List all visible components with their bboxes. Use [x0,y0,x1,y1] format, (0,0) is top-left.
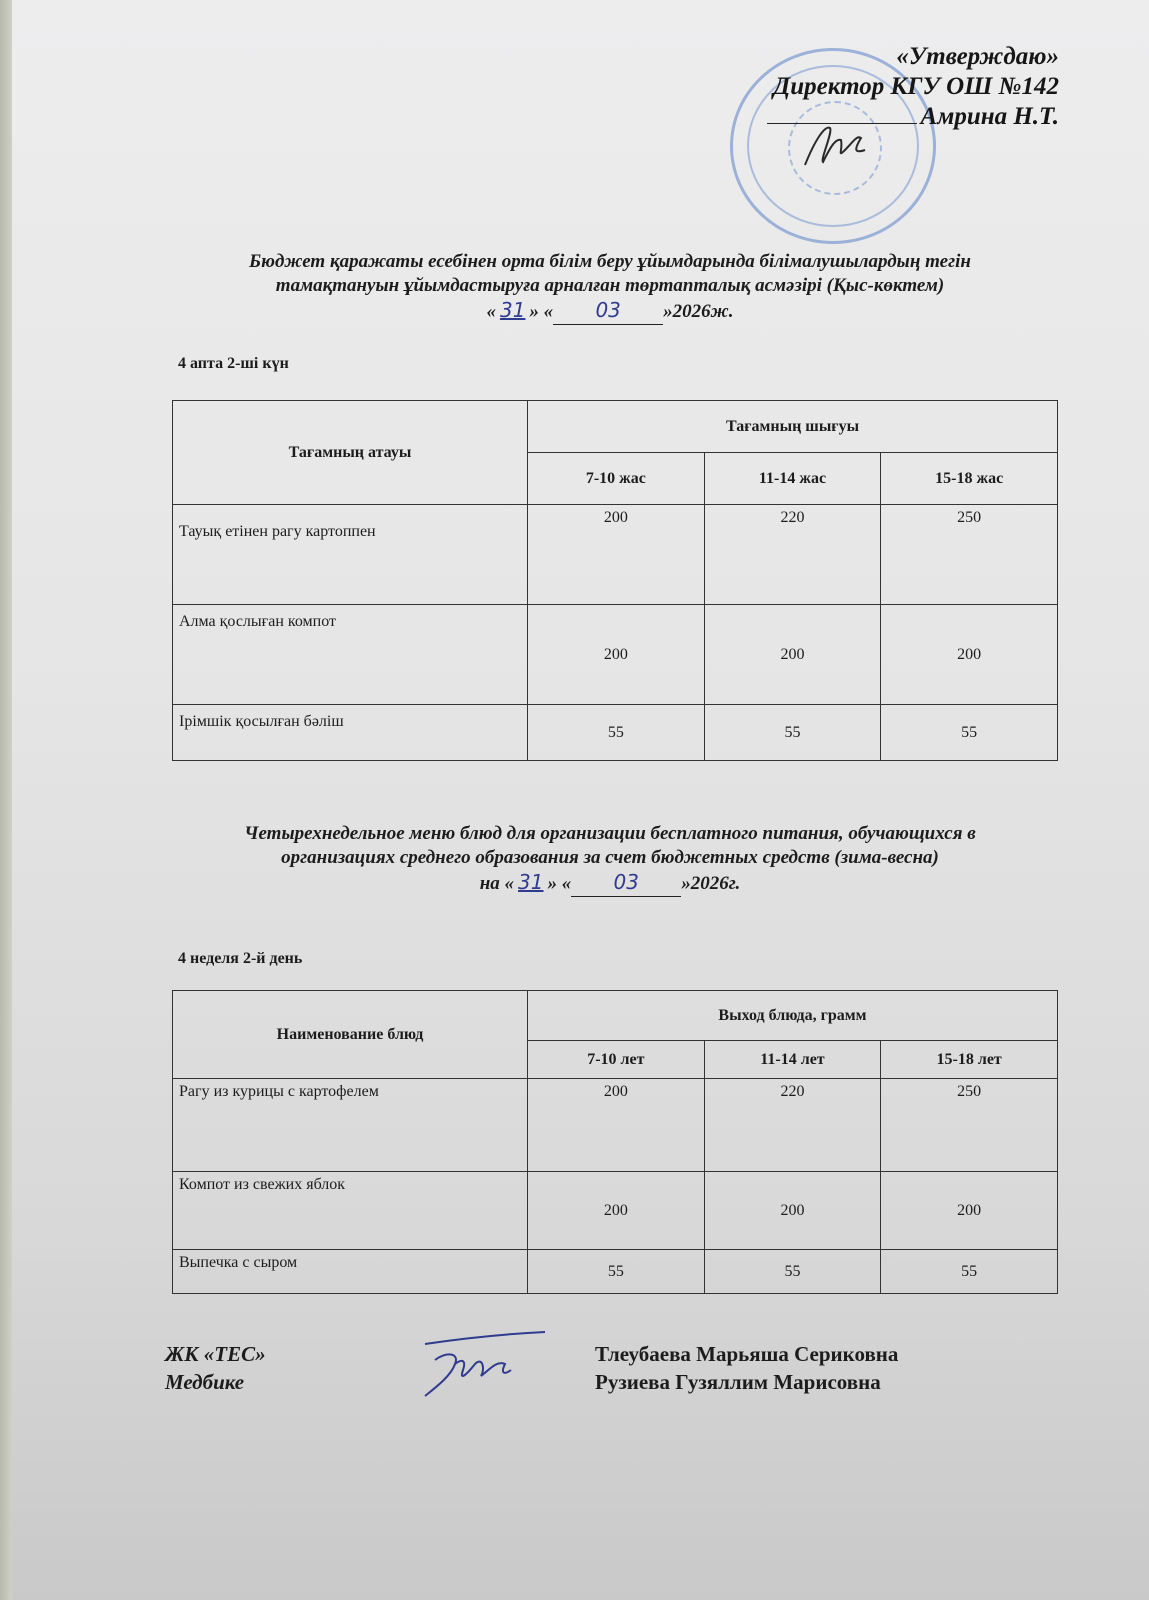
director-signature-icon [795,120,885,170]
kz-menu-table: Тағамның атауы Тағамның шығуы 7-10 жас 1… [172,400,1058,761]
nurse-signature-icon [405,1330,555,1400]
kz-title-line2: тамақтануын ұйымдастыруға арналған төрта… [160,274,1060,298]
table-row: Рагу из курицы с картофелем 200 220 250 [173,1079,1058,1172]
kz-date: «31» «03»2026ж. [160,298,1060,325]
ru-age-header: 15-18 лет [881,1041,1058,1079]
kz-title: Бюджет қаражаты есебінен орта білім беру… [160,250,1060,325]
table-row: Ірімшік қосылған бәліш 55 55 55 [173,705,1058,761]
approval-block: «Утверждаю» Директор КГУ ОШ №142 Амрина … [767,42,1059,132]
approval-position: Директор КГУ ОШ №142 [767,72,1059,102]
ru-yield-header: Выход блюда, грамм [528,991,1058,1041]
table-row: Алма қослыған компот 200 200 200 [173,605,1058,705]
table-row: Выпечка с сыром 55 55 55 [173,1250,1058,1294]
ru-name-header: Наименование блюд [173,991,528,1079]
background-edge [0,0,12,1600]
ru-date-day: 31 [514,870,547,894]
signature-footer: ЖК «ТЕС» Медбике Тлеубаева Марьяша Серик… [165,1340,1045,1400]
kz-title-line1: Бюджет қаражаты есебінен орта білім беру… [160,250,1060,274]
ru-title-line1: Четырехнедельное меню блюд для организац… [160,822,1060,846]
footer-name1: Тлеубаева Марьяша Сериковна [595,1340,898,1368]
kz-age-header: 11-14 жас [704,453,881,505]
table-row: Тауық етінен рагу картоппен 200 220 250 [173,505,1058,605]
kz-yield-header: Тағамның шығуы [528,401,1058,453]
approval-name: Амрина Н.Т. [921,103,1059,130]
kz-date-month: 03 [591,298,624,322]
ru-day-label: 4 неделя 2-й день [178,950,302,968]
ru-title-line2: организациях среднего образования за сче… [160,846,1060,870]
footer-role: Медбике [165,1368,266,1396]
ru-date: на «31» «03»2026г. [160,870,1060,897]
table-row: Компот из свежих яблок 200 200 200 [173,1172,1058,1250]
kz-age-header: 15-18 жас [881,453,1058,505]
kz-date-day: 31 [496,298,529,322]
footer-right: Тлеубаева Марьяша Сериковна Рузиева Гузя… [595,1340,898,1396]
footer-name2: Рузиева Гузяллим Марисовна [595,1368,898,1396]
kz-name-header: Тағамның атауы [173,401,528,505]
approval-title: «Утверждаю» [767,42,1059,72]
footer-left: ЖК «ТЕС» Медбике [165,1340,266,1396]
ru-menu-table: Наименование блюд Выход блюда, грамм 7-1… [172,990,1058,1294]
kz-day-label: 4 апта 2-ші күн [178,355,289,373]
ru-title: Четырехнедельное меню блюд для организац… [160,822,1060,897]
kz-age-header: 7-10 жас [528,453,705,505]
ru-age-header: 7-10 лет [528,1041,705,1079]
ru-age-header: 11-14 лет [704,1041,881,1079]
ru-date-month: 03 [610,870,643,894]
footer-org: ЖК «ТЕС» [165,1340,266,1368]
